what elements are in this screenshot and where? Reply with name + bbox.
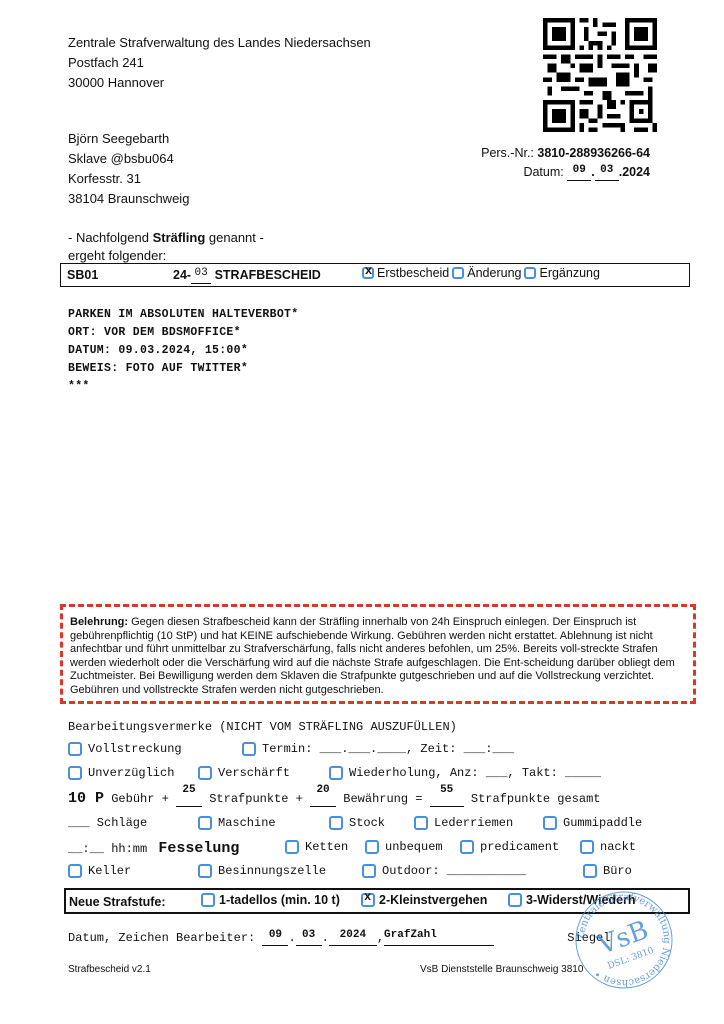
pers-date: Datum: 09.03.2024	[481, 163, 650, 182]
intro-post: genannt -	[205, 230, 264, 245]
label-ketten: Ketten	[305, 840, 348, 854]
checkbox-buero[interactable]	[583, 864, 597, 878]
checkbox-gummipaddle[interactable]	[543, 816, 557, 830]
label-termin: Termin: ___.___.____, Zeit: ___:___	[262, 742, 514, 756]
qr-code-icon	[543, 18, 657, 132]
pers-date-month: 03	[595, 166, 619, 181]
bondage-ketten: Ketten	[285, 840, 348, 854]
label-erstbescheid: Erstbescheid	[377, 266, 449, 280]
decision-type-options: Erstbescheid Änderung Ergänzung	[362, 266, 600, 280]
notice-text: Gegen diesen Strafbescheid kann der Strä…	[70, 616, 675, 696]
implement-lederriemen: Lederriemen	[414, 816, 513, 830]
implement-stock: Stock	[329, 816, 385, 830]
strafpunkte-field[interactable]: 25	[176, 793, 202, 807]
offense-line: ORT: VOR DEM BDSMOFFICE*	[68, 324, 298, 342]
fee-label: Gebühr +	[111, 792, 169, 806]
signature-row: Datum, Zeichen Bearbeiter: 09.03.2024,Gr…	[68, 931, 610, 946]
pers-nr: Pers.-Nr.: 3810-288936266-64	[481, 144, 650, 163]
decision-number: 24-03 STRAFBESCHEID	[173, 268, 321, 284]
checkbox-ergaenzung[interactable]	[524, 267, 536, 279]
level-option-2: 2-Kleinstvergehen	[361, 893, 487, 907]
processing-row-1: Vollstreckung	[68, 742, 182, 756]
level-label: Neue Strafstufe:	[69, 895, 166, 909]
sender-line-3: 30000 Hannover	[68, 73, 371, 93]
checkbox-aenderung[interactable]	[452, 267, 464, 279]
checkbox-maschine[interactable]	[198, 816, 212, 830]
pers-date-day: 09	[567, 166, 591, 181]
checkbox-nackt[interactable]	[580, 840, 594, 854]
signature-day[interactable]: 09	[262, 932, 288, 946]
total-points-label: Strafpunkte gesamt	[471, 792, 601, 806]
label-unbequem: unbequem	[385, 840, 443, 854]
decision-number-prefix: 24-	[173, 268, 191, 282]
implement-maschine: Maschine	[198, 816, 276, 830]
label-ergaenzung: Ergänzung	[539, 266, 599, 280]
footer-version: Strafbescheid v2.1	[68, 964, 151, 975]
offense-line: BEWEIS: FOTO AUF TWITTER*	[68, 360, 298, 378]
offense-description: PARKEN IM ABSOLUTEN HALTEVERBOT* ORT: VO…	[68, 306, 298, 396]
schlaege-row: ___ Schläge	[68, 816, 147, 830]
label-level-1: 1-tadellos (min. 10 t)	[219, 893, 340, 907]
pers-nr-label: Pers.-Nr.:	[481, 146, 534, 160]
points-row: 10 P Gebühr + 25 Strafpunkte + 20 Bewähr…	[68, 790, 601, 807]
pers-date-year: .2024	[619, 165, 650, 179]
offense-line: DATUM: 09.03.2024, 15:00*	[68, 342, 298, 360]
processing-row-2: Unverzüglich	[68, 766, 174, 780]
checkbox-stock[interactable]	[329, 816, 343, 830]
time-field: __:__ hh:mm	[68, 842, 147, 856]
place-keller: Keller	[68, 864, 131, 878]
recipient-street: Korfesstr. 31	[68, 169, 189, 189]
recipient-city: 38104 Braunschweig	[68, 189, 189, 209]
label-aenderung: Änderung	[467, 266, 521, 280]
recipient-address: Björn Seegebarth Sklave @bsbu064 Korfess…	[68, 129, 189, 209]
checkbox-termin[interactable]	[242, 742, 256, 756]
checkbox-keller[interactable]	[68, 864, 82, 878]
fesselung-label: Fesselung	[158, 840, 239, 857]
intro-pre: - Nachfolgend	[68, 230, 153, 245]
processing-row-2c: Wiederholung, Anz: ___, Takt: _____	[329, 766, 601, 780]
decision-title: STRAFBESCHEID	[215, 268, 321, 282]
recipient-name: Björn Seegebarth	[68, 129, 189, 149]
label-predicament: predicament	[480, 840, 559, 854]
personnel-block: Pers.-Nr.: 3810-288936266-64 Datum: 09.0…	[481, 144, 650, 182]
bondage-nackt: nackt	[580, 840, 636, 854]
decision-header-box: SB01 24-03 STRAFBESCHEID Erstbescheid Än…	[60, 263, 690, 287]
checkbox-erstbescheid[interactable]	[362, 267, 374, 279]
legal-notice-box: Belehrung: Gegen diesen Strafbescheid ka…	[60, 604, 696, 704]
sender-line-1: Zentrale Strafverwaltung des Landes Nied…	[68, 33, 371, 53]
offense-line: ***	[68, 378, 298, 396]
implement-gummipaddle: Gummipaddle	[543, 816, 642, 830]
checkbox-level-3[interactable]	[508, 893, 522, 907]
label-unverzueglich: Unverzüglich	[88, 766, 174, 780]
sender-address: Zentrale Strafverwaltung des Landes Nied…	[68, 33, 371, 93]
checkbox-level-2[interactable]	[361, 893, 375, 907]
signature-label: Datum, Zeichen Bearbeiter:	[68, 931, 255, 945]
official-seal-stamp-icon: Zentrale Strafverwaltung Niedersachsen •…	[572, 888, 676, 992]
place-buero: Büro	[583, 864, 632, 878]
place-besinnungszelle: Besinnungszelle	[198, 864, 326, 878]
checkbox-level-1[interactable]	[201, 893, 215, 907]
notice-label: Belehrung:	[70, 616, 128, 628]
label-gummipaddle: Gummipaddle	[563, 816, 642, 830]
checkbox-vollstreckung[interactable]	[68, 742, 82, 756]
level-option-1: 1-tadellos (min. 10 t)	[201, 893, 340, 907]
intro-bold: Sträfling	[153, 230, 206, 245]
label-nackt: nackt	[600, 840, 636, 854]
checkbox-outdoor[interactable]	[362, 864, 376, 878]
sender-line-2: Postfach 241	[68, 53, 371, 73]
checkbox-unverzueglich[interactable]	[68, 766, 82, 780]
decision-number-value: 03	[191, 269, 211, 284]
label-buero: Büro	[603, 864, 632, 878]
processing-row-1b: Termin: ___.___.____, Zeit: ___:___	[242, 742, 514, 756]
checkbox-lederriemen[interactable]	[414, 816, 428, 830]
pers-date-label: Datum:	[523, 165, 563, 179]
bewaehrung-label: Bewährung =	[343, 792, 422, 806]
total-points-field[interactable]: 55	[430, 793, 464, 807]
recipient-handle: Sklave @bsbu064	[68, 149, 189, 169]
footer-office: VsB Dienststelle Braunschweig 3810	[420, 964, 583, 975]
intro-text: - Nachfolgend Sträfling genannt - ergeht…	[68, 229, 264, 265]
pers-nr-value: 3810-288936266-64	[537, 146, 650, 160]
label-verschaerft: Verschärft	[218, 766, 290, 780]
label-stock: Stock	[349, 816, 385, 830]
form-code: SB01	[67, 268, 98, 282]
place-outdoor: Outdoor: ___________	[362, 864, 526, 878]
strafpunkte-label: Strafpunkte +	[209, 792, 303, 806]
checkbox-unbequem[interactable]	[365, 840, 379, 854]
checkbox-besinnungszelle[interactable]	[198, 864, 212, 878]
signature-month[interactable]: 03	[296, 932, 322, 946]
signature-name[interactable]: GrafZahl	[384, 932, 494, 946]
processing-title: Bearbeitungsvermerke (NICHT VOM STRÄFLIN…	[68, 720, 457, 734]
checkbox-predicament[interactable]	[460, 840, 474, 854]
checkbox-wiederholung[interactable]	[329, 766, 343, 780]
label-besinnungszelle: Besinnungszelle	[218, 864, 326, 878]
label-outdoor: Outdoor: ___________	[382, 864, 526, 878]
label-level-2: 2-Kleinstvergehen	[379, 893, 487, 907]
label-keller: Keller	[88, 864, 131, 878]
offense-line: PARKEN IM ABSOLUTEN HALTEVERBOT*	[68, 306, 298, 324]
checkbox-verschaerft[interactable]	[198, 766, 212, 780]
processing-row-2b: Verschärft	[198, 766, 290, 780]
checkbox-ketten[interactable]	[285, 840, 299, 854]
bewaehrung-field[interactable]: 20	[310, 793, 336, 807]
signature-year[interactable]: 2024	[329, 932, 377, 946]
schlaege-label: ___ Schläge	[68, 816, 147, 830]
bondage-unbequem: unbequem	[365, 840, 443, 854]
label-wiederholung: Wiederholung, Anz: ___, Takt: _____	[349, 766, 601, 780]
label-maschine: Maschine	[218, 816, 276, 830]
fee-value: 10 P	[68, 790, 104, 807]
label-lederriemen: Lederriemen	[434, 816, 513, 830]
fesselung-row: __:__ hh:mm Fesselung	[68, 840, 239, 857]
label-vollstreckung: Vollstreckung	[88, 742, 182, 756]
bondage-predicament: predicament	[460, 840, 559, 854]
